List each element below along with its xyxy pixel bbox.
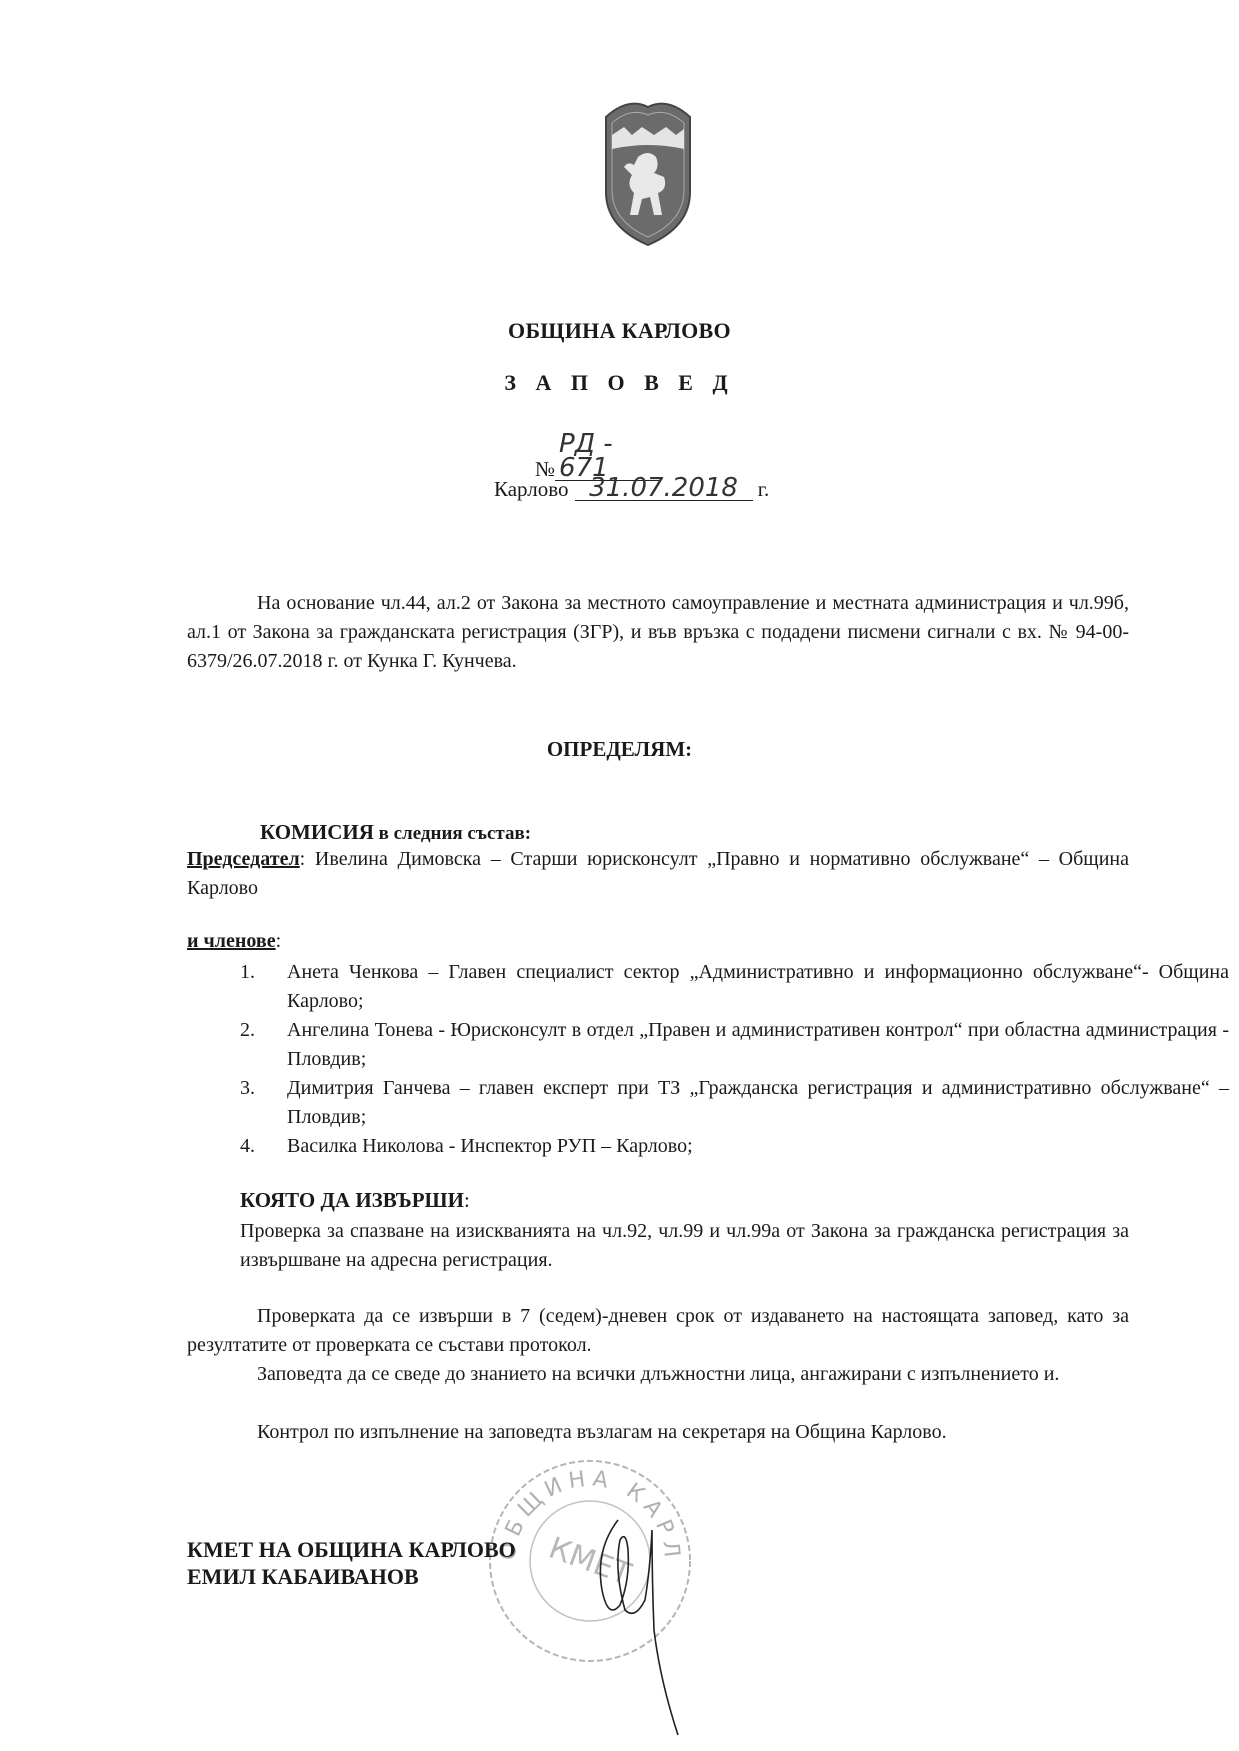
member-item: Димитрия Ганчева – главен експерт при ТЗ…	[287, 1074, 1229, 1132]
members-label-line: и членове:	[187, 930, 281, 953]
deadline-paragraph: Проверката да се извърши в 7 (седем)-дне…	[187, 1302, 1129, 1360]
commission-suffix: в следния състав:	[374, 823, 531, 844]
order-date-handwritten: 31.07.2018	[575, 476, 753, 501]
members-label: и членове	[187, 930, 276, 952]
task-colon: :	[464, 1188, 470, 1212]
place-label: Карлово	[494, 477, 569, 501]
organization-heading: ОБЩИНА КАРЛОВО	[0, 318, 1239, 344]
members-colon: :	[276, 930, 282, 952]
members-list: Анета Ченкова – Главен специалист сектор…	[187, 958, 1229, 1161]
control-paragraph: Контрол по изпълнение на заповедта възла…	[187, 1418, 1129, 1447]
task-paragraph: Проверка за спазване на изискванията на …	[240, 1217, 1129, 1275]
determine-heading: ОПРЕДЕЛЯМ:	[0, 737, 1239, 762]
member-item: Анета Ченкова – Главен специалист сектор…	[287, 958, 1229, 1016]
document-type-heading: З А П О В Е Д	[0, 370, 1239, 396]
signatory-block: КМЕТ НА ОБЩИНА КАРЛОВО ЕМИЛ КАБАИВАНОВ	[187, 1536, 516, 1590]
signatory-title: КМЕТ НА ОБЩИНА КАРЛОВО	[187, 1536, 516, 1563]
coat-of-arms-icon	[598, 97, 698, 247]
notify-paragraph: Заповедта да се сведе до знанието на вси…	[187, 1360, 1129, 1389]
signatory-name: ЕМИЛ КАБАИВАНОВ	[187, 1563, 516, 1590]
member-item: Ангелина Тонева - Юрисконсулт в отдел „П…	[287, 1016, 1229, 1074]
chairman-text: : Ивелина Димовска – Старши юрисконсулт …	[187, 848, 1129, 899]
member-item: Василка Николова - Инспектор РУП – Карло…	[287, 1132, 1229, 1161]
commission-heading: КОМИСИЯ в следния състав:	[260, 820, 531, 845]
chairman-label: Председател	[187, 848, 300, 870]
handwritten-signature-icon	[590, 1510, 680, 1740]
task-heading-line: КОЯТО ДА ИЗВЪРШИ:	[240, 1188, 470, 1213]
commission-label: КОМИСИЯ	[260, 820, 374, 844]
chairman-paragraph: Председател: Ивелина Димовска – Старши ю…	[187, 845, 1129, 903]
preamble-paragraph: На основание чл.44, ал.2 от Закона за ме…	[187, 589, 1129, 676]
task-heading: КОЯТО ДА ИЗВЪРШИ	[240, 1188, 464, 1212]
order-date-line: Карлово31.07.2018 г.	[494, 476, 769, 502]
year-suffix: г.	[758, 477, 770, 501]
